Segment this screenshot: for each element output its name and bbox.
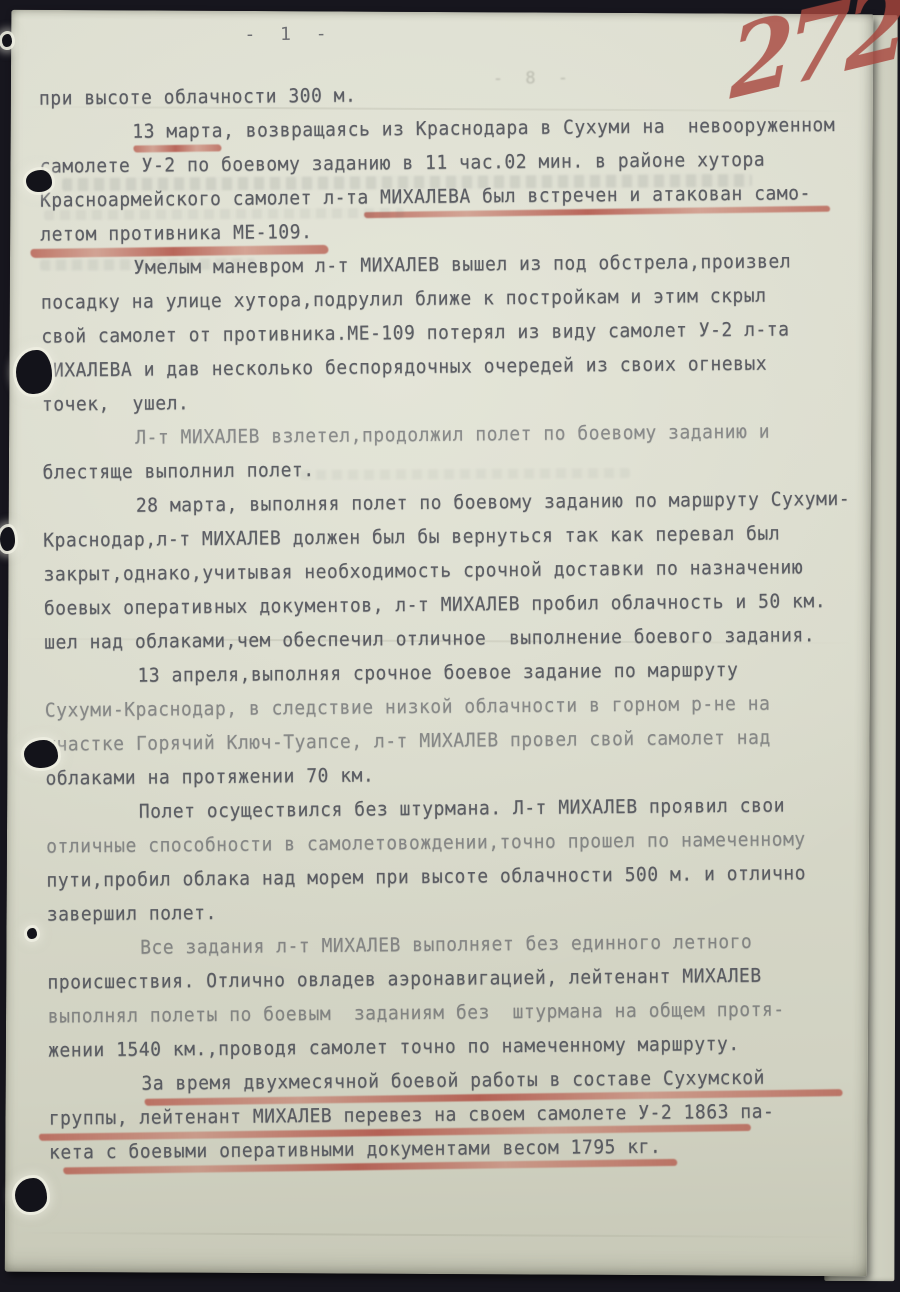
paper-hole — [16, 350, 52, 394]
text-line: шел над облаками,чем обеспечил отличное … — [44, 624, 815, 654]
text-line: облаками на протяжении 70 км. — [45, 764, 374, 789]
text-line: завершил полет. — [47, 902, 217, 926]
typed-text-block: - 1 - - 8 - 272 при высоте облачности 30… — [0, 0, 900, 1292]
page-number: - 1 - — [244, 23, 333, 45]
text-line: Все задания л-т МИХАЛЕВ выполняет без ед… — [140, 931, 752, 959]
text-line: выполнял полеты по боевым заданиям без ш… — [48, 999, 785, 1028]
text-line: Полет осуществился без штурмана. Л-т МИХ… — [139, 795, 785, 823]
bleedthrough-page-number: - 8 - — [493, 68, 574, 89]
text-line: боевых оперативных документов, л-т МИХАЛ… — [44, 590, 826, 620]
text-line: точек, ушел. — [42, 392, 190, 416]
handwritten-archive-number: 272 — [730, 0, 900, 114]
paper-hole — [0, 527, 15, 551]
text-line: происшествия. Отлично овладев аэронавига… — [47, 965, 761, 994]
ink-bleedthrough-smudge — [40, 258, 255, 270]
paper-hole — [27, 928, 37, 939]
ink-bleedthrough-smudge — [300, 468, 630, 480]
scanned-document: - 1 - - 8 - 272 при высоте облачности 30… — [0, 0, 900, 1292]
text-line: Л-т МИХАЛЕВ взлетел,продолжил полет по б… — [135, 421, 770, 449]
text-line: жении 1540 км.,проводя самолет точно по … — [48, 1033, 740, 1062]
text-line: Сухуми-Краснодар, в следствие низкой обл… — [45, 693, 771, 722]
paper-hole — [2, 34, 12, 47]
text-line: свой самолет от противника.МЕ-109 потеря… — [41, 318, 789, 347]
text-line: отличные способности в самолетовождении,… — [46, 828, 806, 858]
text-line: 28 марта, выполняя полет по боевому зада… — [136, 488, 850, 517]
paper-hole — [15, 1178, 47, 1212]
text-line: 13 марта, возвращаясь из Краснодара в Су… — [132, 114, 835, 143]
text-line: участке Горячий Ключ-Туапсе, л-т МИХАЛЕВ… — [45, 727, 771, 756]
text-line: МИХАЛЕВА и дав несколько беспорядочных о… — [41, 353, 767, 382]
red-pencil-underline — [133, 144, 221, 152]
text-line: пути,пробил облака над морем при высоте … — [46, 862, 806, 892]
paper-hole — [24, 740, 58, 768]
text-line: закрыт,однако,учитывая необходимость сро… — [43, 556, 803, 586]
text-line: посадку на улице хутора,подрулил ближе к… — [41, 285, 767, 314]
text-line: при высоте облачности 300 м. — [39, 85, 357, 110]
text-line: блестяще выполнил полет. — [42, 459, 314, 484]
text-line: 13 апреля,выполняя срочное боевое задани… — [137, 659, 738, 687]
text-line: Краснодар,л-т МИХАЛЕВ должен был бы верн… — [43, 523, 780, 552]
paper-hole — [26, 170, 52, 192]
text-line: летом противника МЕ-109. — [40, 221, 312, 246]
